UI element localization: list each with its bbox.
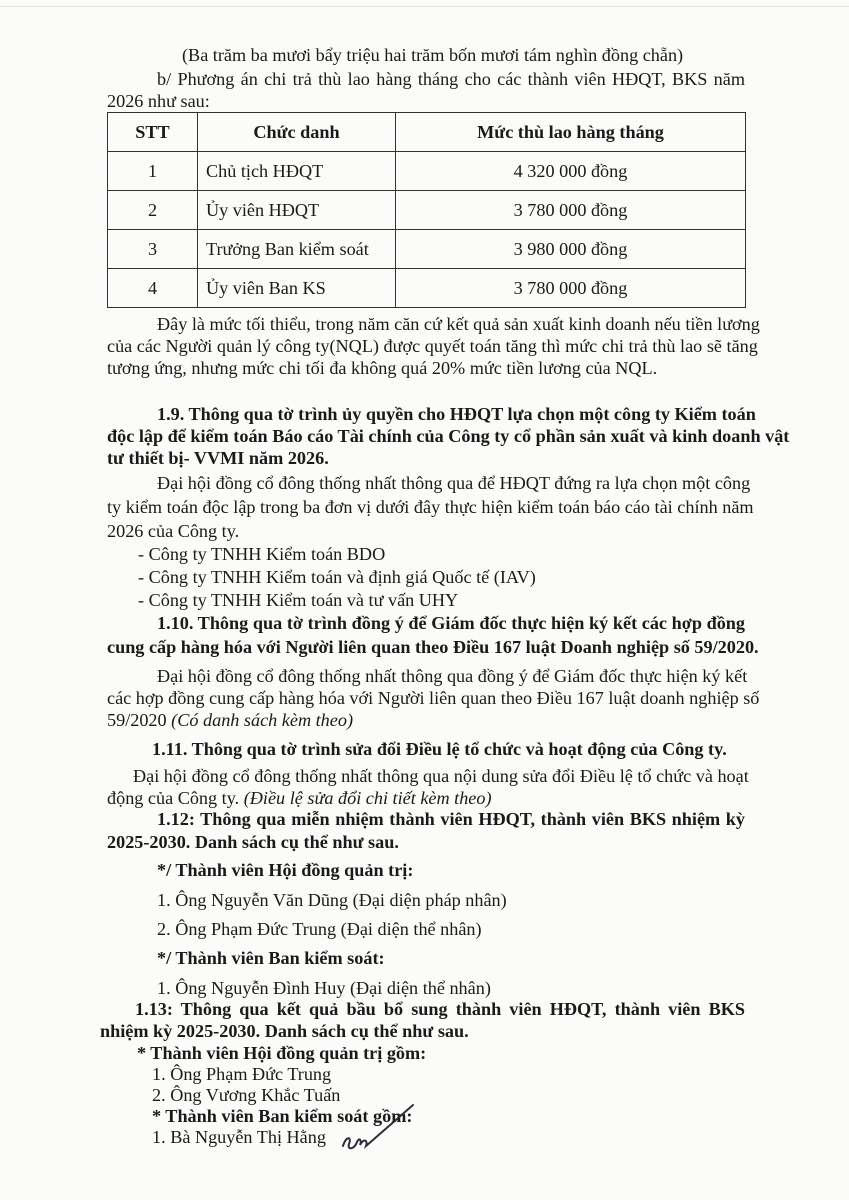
section-1-13-board-heading: * Thành viên Hội đồng quản trị gồm: (137, 1042, 426, 1064)
cell-fee: 4 320 000 đồng (396, 152, 746, 191)
attachment-note: (Có danh sách kèm theo) (171, 710, 353, 730)
fee-table: STT Chức danh Mức thù lao hàng tháng 1 C… (107, 112, 746, 308)
amount-in-words: (Ba trăm ba mươi bẩy triệu hai trăm bốn … (182, 44, 683, 66)
section-1-10-body-1: Đại hội đồng cổ đông thống nhất thông qu… (157, 665, 745, 687)
section-1-12-title-1: 1.12: Thông qua miễn nhiệm thành viên HĐ… (157, 808, 745, 830)
section-1-13-title-1: 1.13: Thông qua kết quả bầu bổ sung thàn… (135, 998, 745, 1020)
cell-stt: 2 (108, 191, 198, 230)
plan-b-line-2: 2026 như sau: (107, 90, 210, 112)
section-1-11-body-1: Đại hội đồng cổ đông thống nhất thông qu… (133, 765, 745, 787)
section-1-12-supervisory-heading: */ Thành viên Ban kiểm soát: (157, 947, 385, 969)
dismissed-board-member: 1. Ông Nguyễn Văn Dũng (Đại diện pháp nh… (157, 889, 507, 911)
elected-board-member: 2. Ông Vương Khắc Tuấn (152, 1084, 340, 1106)
elected-supervisory-member: 1. Bà Nguyễn Thị Hằng (152, 1126, 326, 1148)
section-1-11-body-2: động của Công ty. (Điều lệ sửa đổi chi t… (107, 787, 492, 809)
cell-role: Ủy viên HĐQT (198, 191, 396, 230)
charter-attachment-note: (Điều lệ sửa đổi chi tiết kèm theo) (244, 788, 492, 808)
elected-board-member: 1. Ông Phạm Đức Trung (152, 1063, 331, 1085)
note-line-2: của các Người quản lý công ty(NQL) được … (107, 335, 745, 357)
cell-fee: 3 780 000 đồng (396, 191, 746, 230)
section-1-9-body-1: Đại hội đồng cổ đông thống nhất thông qu… (157, 472, 745, 494)
cell-stt: 3 (108, 230, 198, 269)
cell-stt: 4 (108, 269, 198, 308)
section-1-10-body-3: 59/2020 (Có danh sách kèm theo) (107, 709, 353, 731)
page-top-edge (0, 6, 849, 7)
document-page: (Ba trăm ba mươi bẩy triệu hai trăm bốn … (0, 0, 849, 1200)
cell-role: Chủ tịch HĐQT (198, 152, 396, 191)
cell-fee: 3 980 000 đồng (396, 230, 746, 269)
section-1-12-board-heading: */ Thành viên Hội đồng quản trị: (157, 859, 413, 881)
cell-role: Ủy viên Ban KS (198, 269, 396, 308)
table-header-row: STT Chức danh Mức thù lao hàng tháng (108, 113, 746, 152)
section-1-10-title-1: 1.10. Thông qua tờ trình đồng ý để Giám … (157, 612, 745, 634)
note-line-3: tương ứng, nhưng mức chi tối đa không qu… (107, 357, 657, 379)
col-header-stt: STT (108, 113, 198, 152)
col-header-role: Chức danh (198, 113, 396, 152)
section-1-9-body-3: 2026 của Công ty. (107, 520, 239, 542)
section-1-12-title-2: 2025-2030. Danh sách cụ thể như sau. (107, 831, 399, 853)
table-row: 3 Trưởng Ban kiểm soát 3 980 000 đồng (108, 230, 746, 269)
dismissed-supervisory-member: 1. Ông Nguyễn Đình Huy (Đại diện thể nhâ… (157, 977, 491, 999)
note-line-1: Đây là mức tối thiểu, trong năm căn cứ k… (157, 313, 745, 335)
cell-role: Trưởng Ban kiểm soát (198, 230, 396, 269)
auditor-item: - Công ty TNHH Kiểm toán và tư vấn UHY (138, 589, 458, 611)
section-1-9-title-3: tư thiết bị- VVMI năm 2026. (107, 447, 329, 469)
auditor-item: - Công ty TNHH Kiểm toán và định giá Quố… (138, 566, 536, 588)
section-1-11-title: 1.11. Thông qua tờ trình sửa đổi Điều lệ… (152, 738, 727, 760)
table-row: 1 Chủ tịch HĐQT 4 320 000 đồng (108, 152, 746, 191)
plan-b-line-1: b/ Phương án chi trả thù lao hàng tháng … (157, 68, 745, 90)
table-row: 2 Ủy viên HĐQT 3 780 000 đồng (108, 191, 746, 230)
section-1-10-body-3-text: 59/2020 (107, 710, 171, 730)
section-1-9-title-1: 1.9. Thông qua tờ trình ủy quyền cho HĐQ… (157, 403, 745, 425)
section-1-9-body-2: ty kiểm toán độc lập trong ba đơn vị dướ… (107, 496, 745, 518)
section-1-9-title-2: độc lập để kiểm toán Báo cáo Tài chính c… (107, 425, 745, 447)
section-1-13-title-2: nhiệm kỳ 2025-2030. Danh sách cụ thể như… (100, 1020, 469, 1042)
signature-initials-icon (338, 1100, 418, 1155)
section-1-10-title-2: cung cấp hàng hóa với Người liên quan th… (107, 636, 759, 658)
section-1-10-body-2: các hợp đồng cung cấp hàng hóa với Người… (107, 687, 745, 709)
cell-stt: 1 (108, 152, 198, 191)
col-header-fee: Mức thù lao hàng tháng (396, 113, 746, 152)
table-row: 4 Ủy viên Ban KS 3 780 000 đồng (108, 269, 746, 308)
auditor-item: - Công ty TNHH Kiểm toán BDO (138, 543, 385, 565)
dismissed-board-member: 2. Ông Phạm Đức Trung (Đại diện thể nhân… (157, 918, 482, 940)
cell-fee: 3 780 000 đồng (396, 269, 746, 308)
section-1-11-body-2-text: động của Công ty. (107, 788, 244, 808)
